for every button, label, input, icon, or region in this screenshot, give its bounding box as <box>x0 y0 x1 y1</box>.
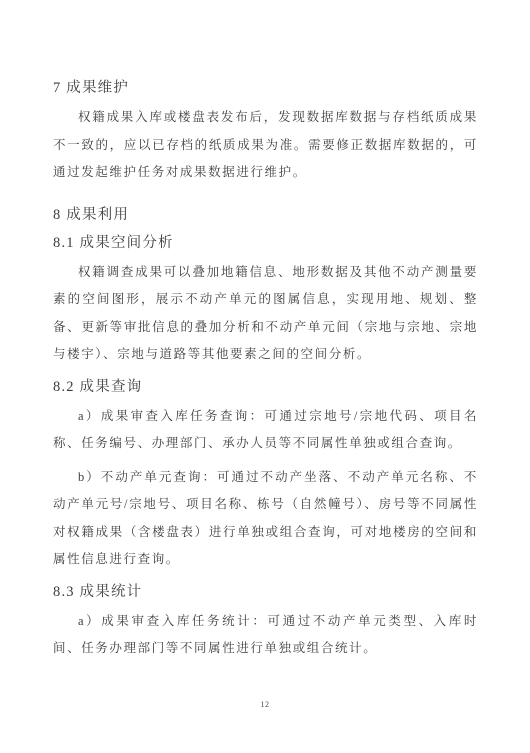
section-heading: 8.3 成果统计 <box>53 582 478 602</box>
section-heading: 7 成果维护 <box>53 78 478 98</box>
section-heading: 8.2 成果查询 <box>53 377 478 397</box>
section-heading: 8.1 成果空间分析 <box>53 233 478 253</box>
document-content: 7 成果维护权籍成果入库或楼盘表发布后，发现数据库数据与存档纸质成果不一致的，应… <box>53 78 478 663</box>
page-footer: 12 <box>0 694 530 712</box>
body-paragraph: 权籍调查成果可以叠加地籍信息、地形数据及其他不动产测量要素的空间图形，展示不动产… <box>53 259 478 369</box>
body-paragraph: b）不动产单元查询：可通过不动产坐落、不动产单元名称、不动产单元号/宗地号、项目… <box>53 464 478 574</box>
body-paragraph: 权籍成果入库或楼盘表发布后，发现数据库数据与存档纸质成果不一致的，应以已存档的纸… <box>53 104 478 187</box>
body-paragraph: a）成果审查入库任务统计：可通过不动产单元类型、入库时间、任务办理部门等不同属性… <box>53 608 478 663</box>
page-number: 12 <box>261 700 270 709</box>
section-heading: 8 成果利用 <box>53 205 478 225</box>
document-page: 7 成果维护权籍成果入库或楼盘表发布后，发现数据库数据与存档纸质成果不一致的，应… <box>0 0 530 753</box>
body-paragraph: a）成果审查入库任务查询：可通过宗地号/宗地代码、项目名称、任务编号、办理部门、… <box>53 403 478 458</box>
